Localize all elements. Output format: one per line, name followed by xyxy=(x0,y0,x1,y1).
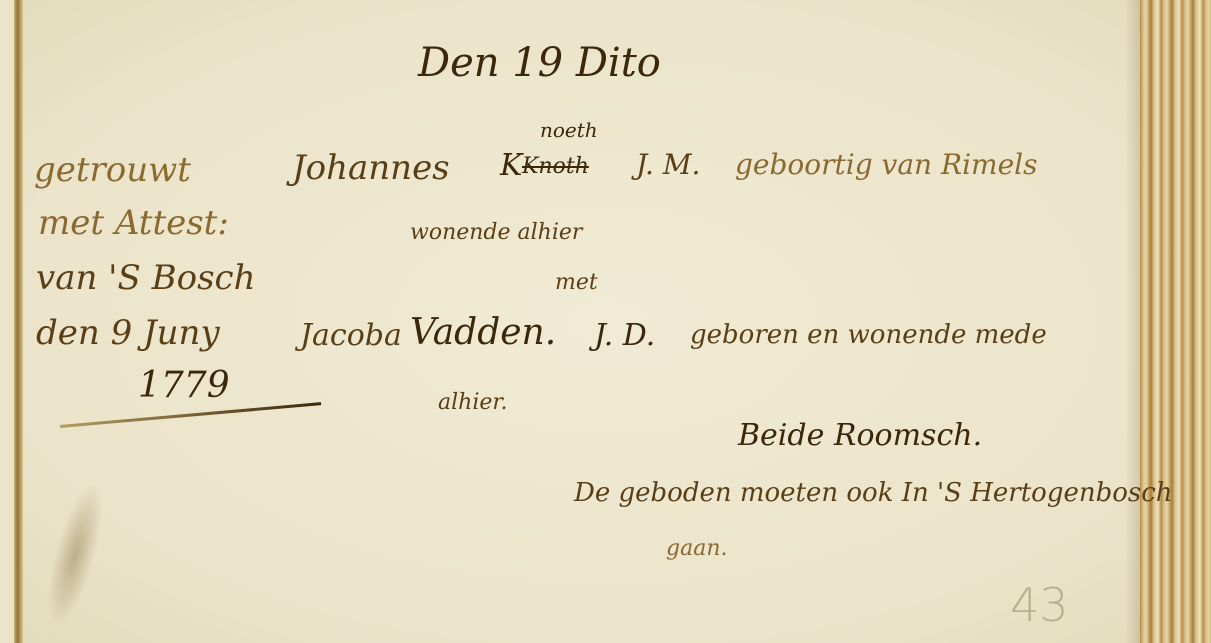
book-gutter xyxy=(14,0,23,643)
margin-note-line3: van 'S Bosch xyxy=(36,258,255,298)
bride-surname: Vadden. xyxy=(410,312,556,353)
bride-origin: geboren en wonende mede xyxy=(690,320,1047,350)
ink-smudge xyxy=(36,477,113,632)
bride-status: J. D. xyxy=(594,318,655,353)
groom-surname-initial: K xyxy=(500,148,522,183)
groom-residence: wonende alhier xyxy=(410,220,582,245)
banns-line2: gaan. xyxy=(666,536,727,561)
groom-surname-correction: noeth xyxy=(540,118,598,142)
connector-met: met xyxy=(555,270,598,295)
date-heading: Den 19 Dito xyxy=(418,40,661,86)
page-number: 43 xyxy=(1010,578,1069,632)
groom-origin: geboortig van Rimels xyxy=(735,148,1037,181)
margin-note-line2: met Attest: xyxy=(38,203,229,243)
groom-surname-struck: Knoth xyxy=(522,154,589,179)
margin-note-year: 1779 xyxy=(138,365,230,406)
bride-residence: alhier. xyxy=(438,390,507,415)
margin-note-line1: getrouwt xyxy=(34,150,191,190)
book-fore-edge xyxy=(1140,0,1211,643)
religion-note: Beide Roomsch. xyxy=(738,418,982,453)
document-page: Den 19 Dito getrouwt met Attest: van 'S … xyxy=(0,0,1211,643)
margin-underline xyxy=(60,402,321,428)
banns-line1: De geboden moeten ook In 'S Hertogenbosc… xyxy=(574,478,1173,508)
groom-status: J. M. xyxy=(636,148,700,181)
groom-first-name: Johannes xyxy=(292,148,450,188)
margin-note-line4: den 9 Juny xyxy=(36,313,220,353)
bride-first-name: Jacoba xyxy=(300,318,402,353)
